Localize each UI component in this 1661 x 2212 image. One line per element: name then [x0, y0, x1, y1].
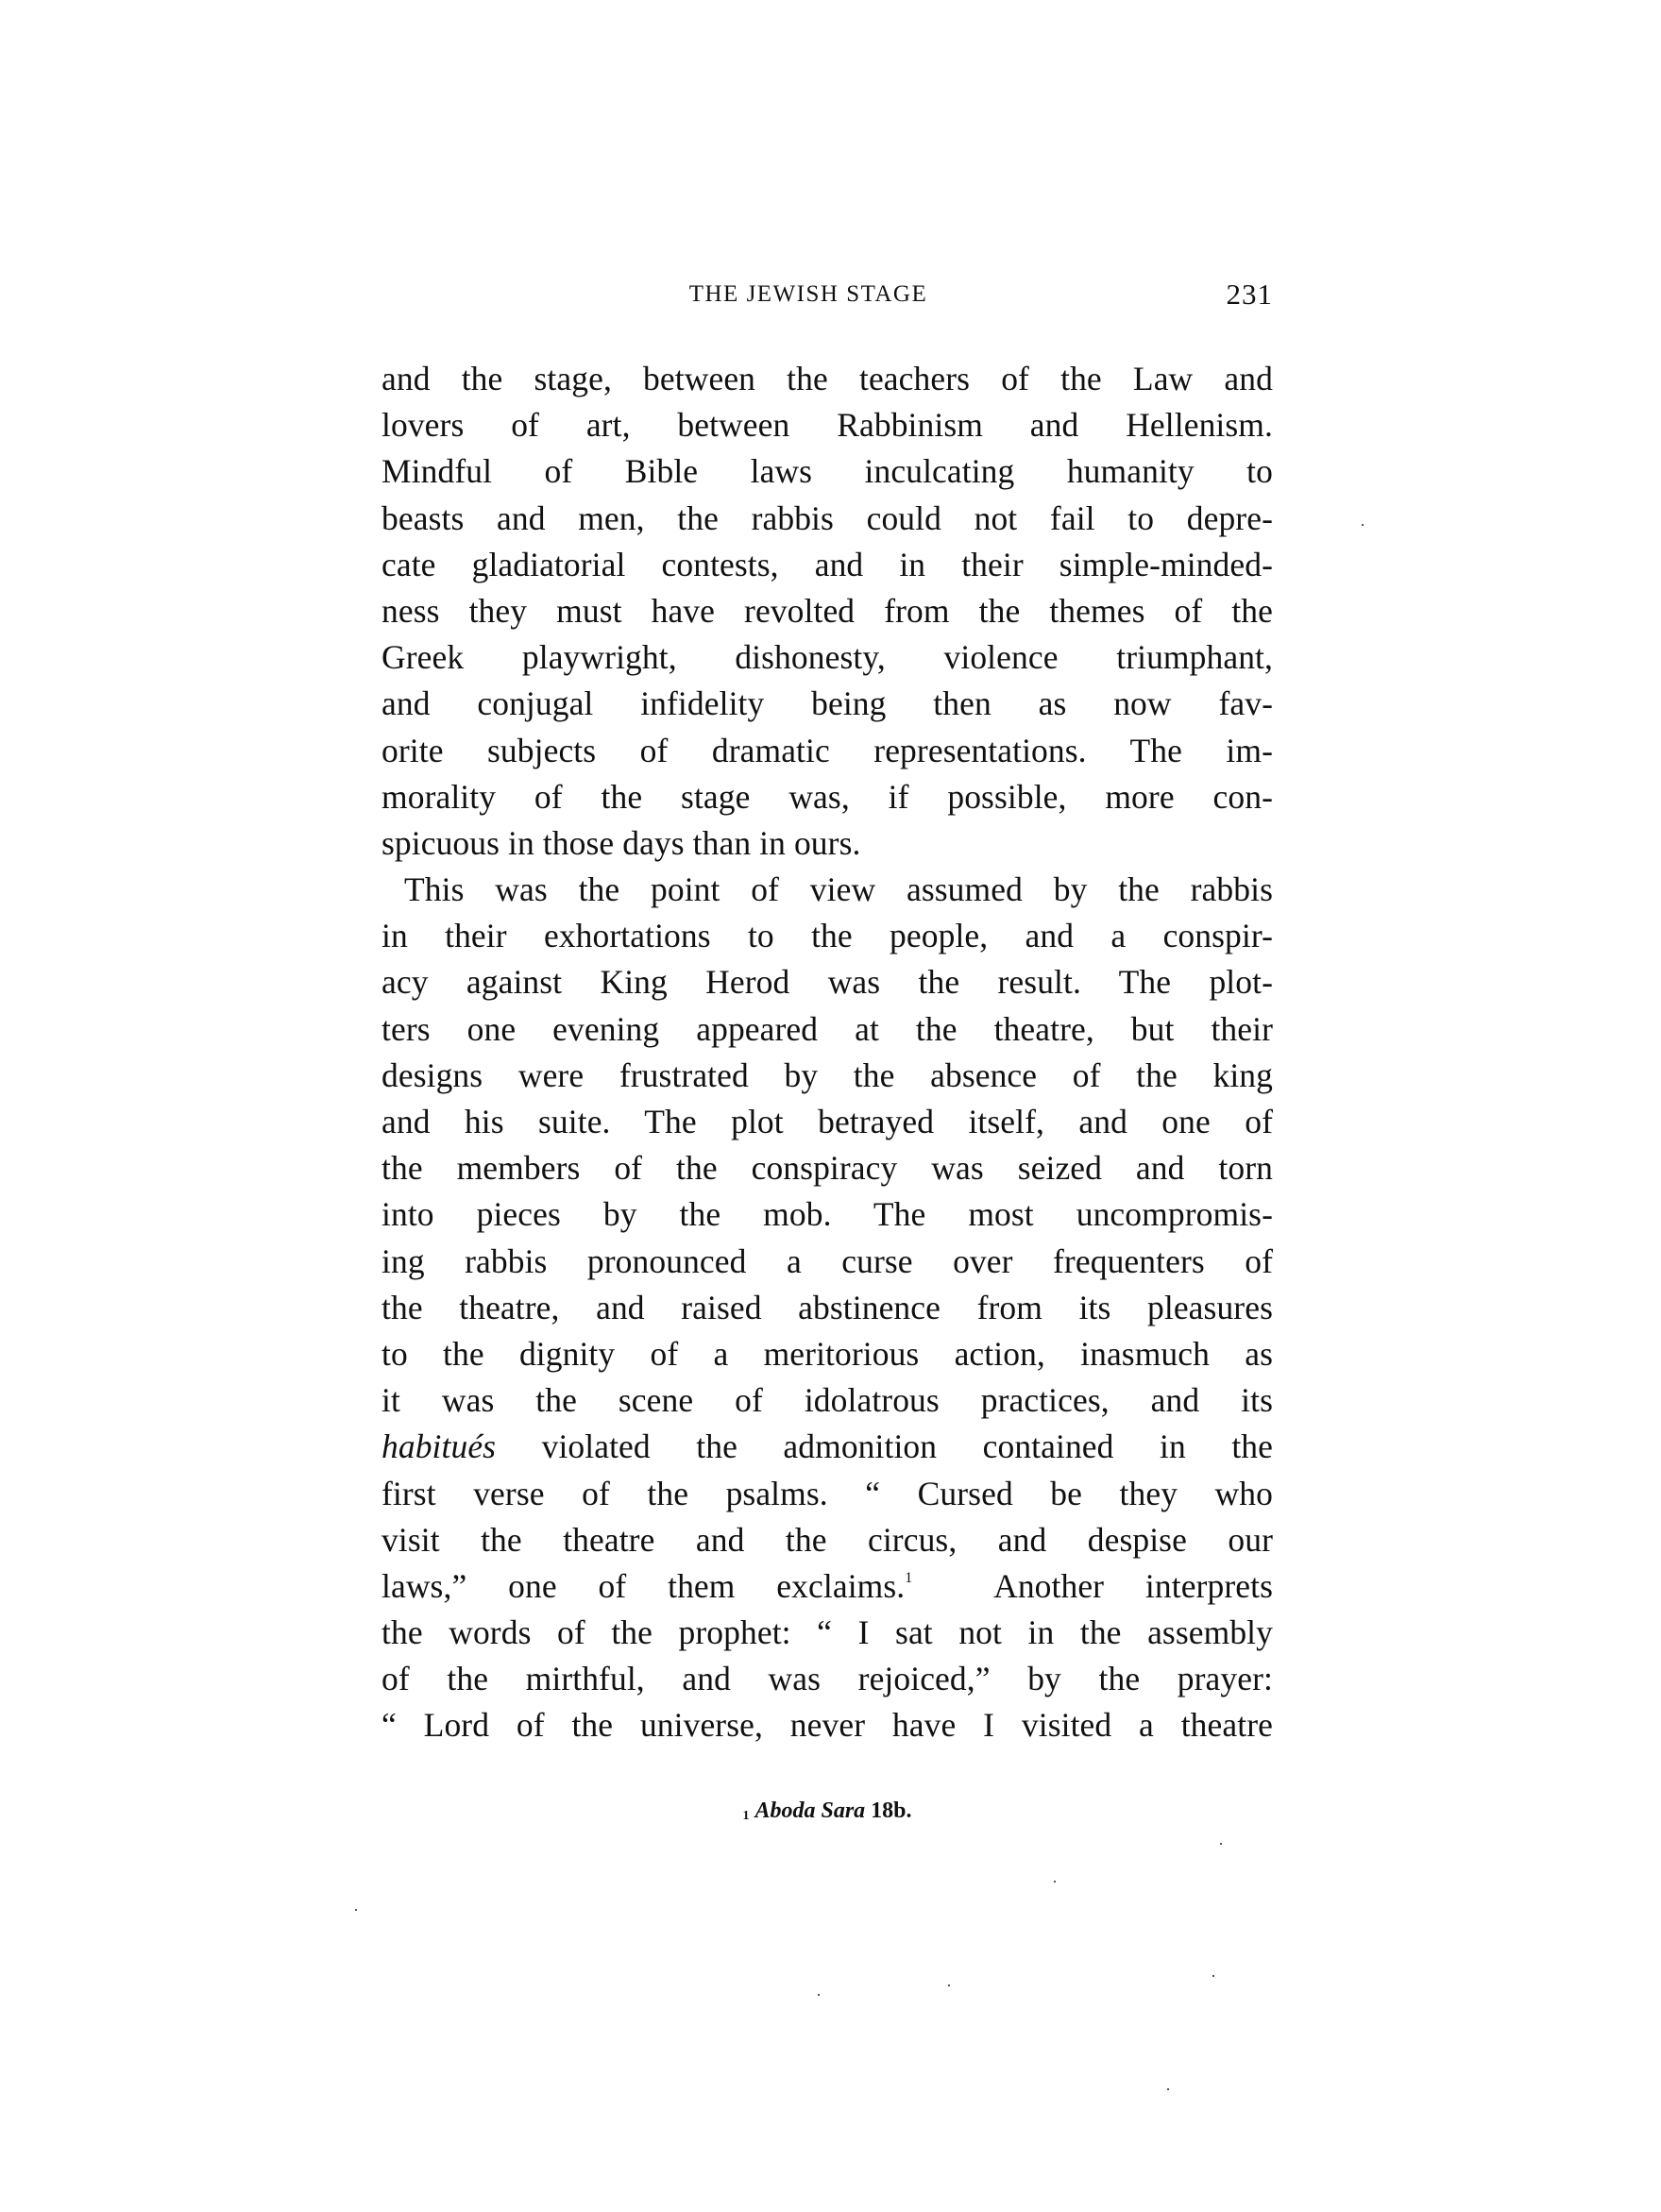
text-line: spicuous in those days than in ours. [381, 820, 1273, 867]
footnote-reference[interactable]: 1 [905, 1570, 912, 1586]
book-page: THE JEWISH STAGE 231 and the stage, betw… [0, 0, 1661, 2212]
scan-speck [1362, 524, 1364, 526]
text-line: it was the scene of idolatrous practices… [381, 1377, 1273, 1424]
text-line-with-footnote-ref: laws,” one of them exclaims.1 Another in… [381, 1563, 1273, 1610]
text-fragment: laws,” one of them exclaims. [381, 1567, 905, 1605]
scan-speck [948, 1984, 950, 1986]
text-line: ing rabbis pronounced a curse over frequ… [381, 1239, 1273, 1285]
text-line: of the mirthful, and was rejoiced,” by t… [381, 1656, 1273, 1702]
scan-speck [1220, 1843, 1222, 1845]
body-text: and the stage, between the teachers of t… [381, 356, 1273, 1749]
text-line: Mindful of Bible laws inculcating humani… [381, 448, 1273, 495]
text-line: cate gladiatorial contests, and in their… [381, 542, 1273, 588]
text-line: the words of the prophet: “ I sat not in… [381, 1610, 1273, 1656]
text-fragment: Another interprets [993, 1567, 1273, 1605]
text-fragment: violated the admonition contained in the [542, 1427, 1273, 1465]
text-line: visit the theatre and the circus, and de… [381, 1517, 1273, 1563]
text-line: in their exhortations to the people, and… [381, 913, 1273, 959]
scan-speck [355, 1909, 357, 1911]
scan-speck [1212, 1975, 1214, 1977]
text-line: “ Lord of the universe, never have I vis… [381, 1702, 1273, 1748]
text-line: acy against King Herod was the result. T… [381, 959, 1273, 1005]
running-head: THE JEWISH STAGE 231 [381, 276, 1273, 313]
text-line: to the dignity of a meritorious action, … [381, 1331, 1273, 1377]
text-line: the members of the conspiracy was seized… [381, 1145, 1273, 1191]
footnote-source: Aboda Sara [754, 1798, 865, 1823]
text-line: designs were frustrated by the absence o… [381, 1053, 1273, 1099]
text-line: and the stage, between the teachers of t… [381, 356, 1273, 402]
text-line: and conjugal infidelity being then as no… [381, 681, 1273, 727]
page-number: 231 [1227, 276, 1274, 313]
scan-speck [1054, 1881, 1056, 1883]
scan-speck [818, 1994, 820, 1996]
text-line: into pieces by the mob. The most uncompr… [381, 1191, 1273, 1238]
footnote-marker: 1 [742, 1809, 749, 1823]
text-line: ters one evening appeared at the theatre… [381, 1006, 1273, 1053]
running-title: THE JEWISH STAGE [381, 276, 1273, 313]
text-line: Greek playwright, dishonesty, violence t… [381, 634, 1273, 681]
text-line: the theatre, and raised abstinence from … [381, 1285, 1273, 1331]
text-line: orite subjects of dramatic representatio… [381, 728, 1273, 774]
text-line: ness they must have revolted from the th… [381, 588, 1273, 634]
scan-speck [1167, 2088, 1169, 2090]
italic-term: habitués [381, 1427, 496, 1465]
text-line: beasts and men, the rabbis could not fai… [381, 496, 1273, 542]
text-line: lovers of art, between Rabbinism and Hel… [381, 402, 1273, 448]
text-line: This was the point of view assumed by th… [381, 867, 1273, 913]
text-line: first verse of the psalms. “ Cursed be t… [381, 1471, 1273, 1517]
text-line: and his suite. The plot betrayed itself,… [381, 1099, 1273, 1145]
footnote-reference-text: 18b. [871, 1798, 911, 1823]
footnote: 1Aboda Sara 18b. [381, 1792, 1273, 1830]
text-line-with-italic: habitués violated the admonition contain… [381, 1424, 1273, 1470]
text-line: morality of the stage was, if possible, … [381, 774, 1273, 820]
